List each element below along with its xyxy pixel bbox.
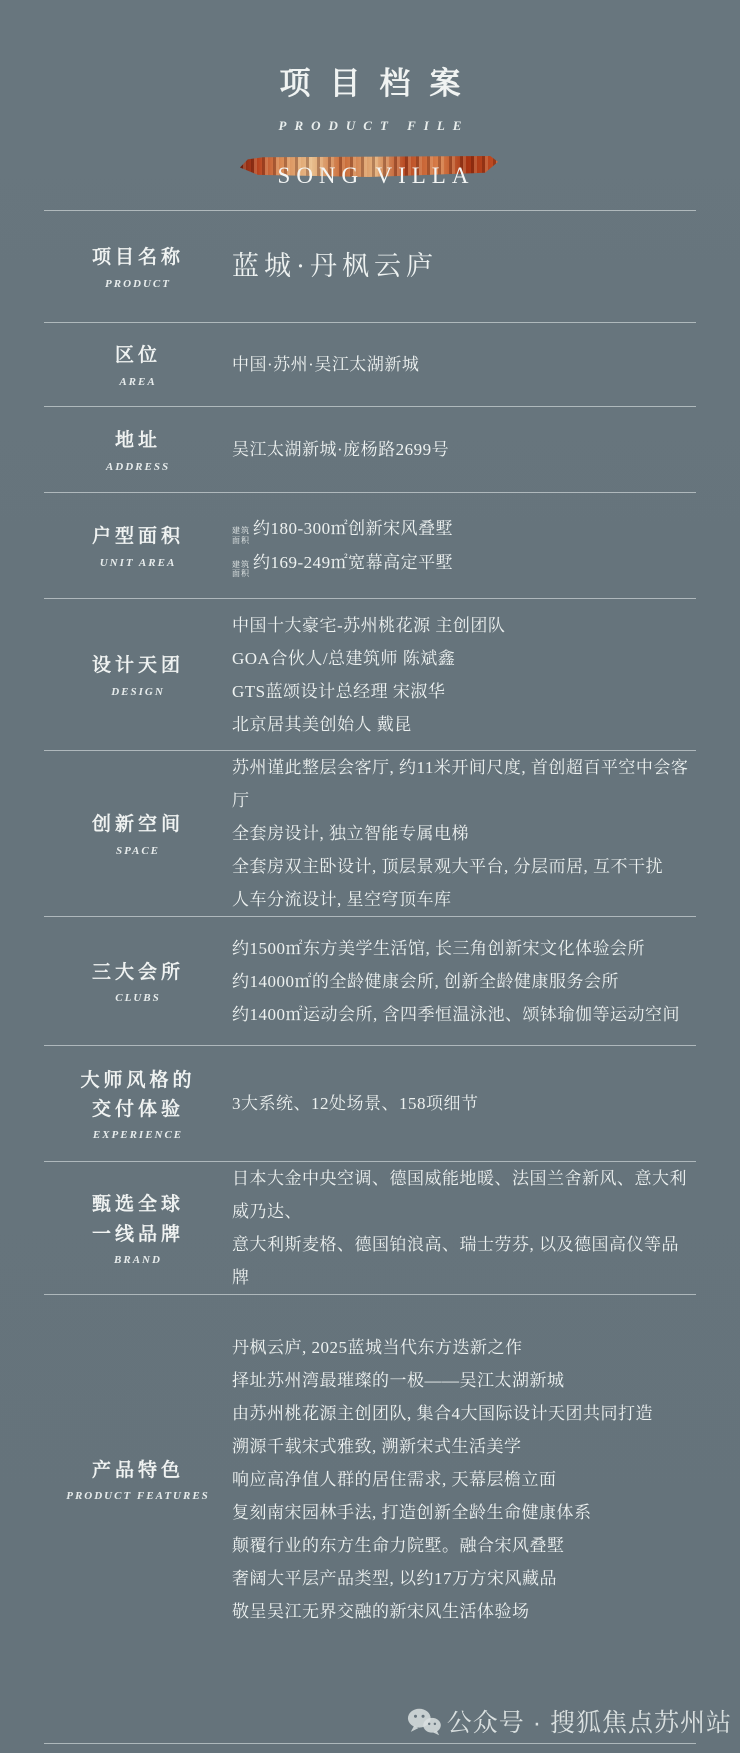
content-line: 日本大金中央空调、德国威能地暖、法国兰舍新风、意大利威乃达、 [232, 1162, 696, 1228]
content-line: 颠覆行业的东方生命力院墅。融合宋风叠墅 [232, 1529, 696, 1562]
section-content: 苏州谨此整层会客厅, 约11米开间尺度, 首创超百平空中会客厅全套房设计, 独立… [232, 751, 696, 916]
content-line: 复刻南宋园林手法, 打造创新全龄生命健康体系 [232, 1496, 696, 1529]
content-line: 奢阔大平层产品类型, 以约17万方宋风藏品 [232, 1562, 696, 1595]
section-content: 吴江太湖新城·庞杨路2699号 [232, 433, 696, 466]
content-line: 溯源千载宋式雅致, 溯新宋式生活美学 [232, 1430, 696, 1463]
section-row: 户型面积 UNIT AREA 建筑面积约180-300㎡创新宋风叠墅建筑面积约1… [44, 492, 696, 598]
section-label-en: DESIGN [44, 686, 232, 698]
section-content: 约1500㎡东方美学生活馆, 长三角创新宋文化体验会所约14000㎡的全龄健康会… [232, 932, 696, 1031]
section-content: 丹枫云庐, 2025蓝城当代东方迭新之作择址苏州湾最璀璨的一极——吴江太湖新城由… [232, 1331, 696, 1628]
wechat-icon [407, 1707, 441, 1736]
content-line: 意大利斯麦格、德国铂浪高、瑞士劳芬, 以及德国高仪等品牌 [232, 1228, 696, 1294]
brand-name: SONG VILLA [210, 163, 536, 189]
section-label-cell: 项目名称 PRODUCT [44, 243, 232, 289]
content-line: 约1500㎡东方美学生活馆, 长三角创新宋文化体验会所 [232, 932, 696, 965]
content-line: 全套房双主卧设计, 顶层景观大平台, 分层而居, 互不干扰 [232, 850, 696, 883]
section-label: 地址 [44, 426, 232, 455]
section-label: 户型面积 [44, 522, 232, 551]
content-line: 建筑面积约180-300㎡创新宋风叠墅 [232, 512, 696, 545]
content-line: GTS蓝颂设计总经理 宋淑华 [232, 675, 696, 708]
watermark-text: 公众号 · 搜狐焦点苏州站 [447, 1703, 732, 1739]
section-row: 创新空间 SPACE 苏州谨此整层会客厅, 约11米开间尺度, 首创超百平空中会… [44, 750, 696, 916]
section-row: 设计天团 DESIGN 中国十大豪宅-苏州桃花源 主创团队GOA合伙人/总建筑师… [44, 598, 696, 750]
section-label-en: ADDRESS [44, 461, 232, 473]
section-label-en: PRODUCT [44, 278, 232, 290]
content-line: 丹枫云庐, 2025蓝城当代东方迭新之作 [232, 1331, 696, 1364]
section-label-cell: 大师风格的 交付体验 EXPERIENCE [44, 1066, 232, 1142]
content-line: 蓝城·丹枫云庐 [232, 249, 696, 284]
section-label-en: CLUBS [44, 992, 232, 1004]
section-content: 中国·苏州·吴江太湖新城 [232, 348, 696, 381]
section-row: 三大会所 CLUBS 约1500㎡东方美学生活馆, 长三角创新宋文化体验会所约1… [44, 916, 696, 1045]
section-content: 建筑面积约180-300㎡创新宋风叠墅建筑面积约169-249㎡宽幕高定平墅 [232, 512, 696, 578]
section-label-en: PRODUCT FEATURES [44, 1490, 232, 1502]
section-label-cell: 区位 AREA [44, 341, 232, 387]
section-content: 日本大金中央空调、德国威能地暖、法国兰舍新风、意大利威乃达、意大利斯麦格、德国铂… [232, 1162, 696, 1294]
content-line: 苏州谨此整层会客厅, 约11米开间尺度, 首创超百平空中会客厅 [232, 751, 696, 817]
section-label-cell: 甄选全球 一线品牌 BRAND [44, 1190, 232, 1266]
content-line: 响应高净值人群的居住需求, 天幕层檐立面 [232, 1463, 696, 1496]
section-label-en: UNIT AREA [44, 557, 232, 569]
product-file-poster: 项目档案 PRODUCT FILE SONG VILLA 项目名称 PRODUC… [0, 0, 740, 1753]
content-line: 建筑面积约169-249㎡宽幕高定平墅 [232, 546, 696, 579]
section-label-cell: 地址 ADDRESS [44, 426, 232, 472]
sections: 项目名称 PRODUCT 蓝城·丹枫云庐 区位 AREA 中国·苏州·吴江太湖新… [44, 210, 696, 1744]
section-label-cell: 设计天团 DESIGN [44, 651, 232, 697]
section-row: 地址 ADDRESS 吴江太湖新城·庞杨路2699号 [44, 406, 696, 492]
content-line: GOA合伙人/总建筑师 陈斌鑫 [232, 642, 696, 675]
section-label-cell: 三大会所 CLUBS [44, 958, 232, 1004]
content-line: 由苏州桃花源主创团队, 集合4大国际设计天团共同打造 [232, 1397, 696, 1430]
content-line: 中国十大豪宅-苏州桃花源 主创团队 [232, 609, 696, 642]
section-row: 产品特色 PRODUCT FEATURES 丹枫云庐, 2025蓝城当代东方迭新… [44, 1294, 696, 1743]
content-line: 全套房设计, 独立智能专属电梯 [232, 817, 696, 850]
section-label: 甄选全球 一线品牌 [44, 1190, 232, 1249]
content-line: 3大系统、12处场景、158项细节 [232, 1087, 696, 1120]
page-subtitle: PRODUCT FILE [0, 118, 740, 134]
content-line: 北京居其美创始人 戴昆 [232, 708, 696, 741]
section-label-en: AREA [44, 376, 232, 388]
section-label: 区位 [44, 341, 232, 370]
section-content: 3大系统、12处场景、158项细节 [232, 1087, 696, 1120]
content-line: 约1400㎡运动会所, 含四季恒温泳池、颂钵瑜伽等运动空间 [232, 998, 696, 1031]
section-label-cell: 户型面积 UNIT AREA [44, 522, 232, 568]
content-line: 吴江太湖新城·庞杨路2699号 [232, 433, 696, 466]
section-label-en: BRAND [44, 1254, 232, 1266]
section-label-en: EXPERIENCE [44, 1129, 232, 1141]
section-content: 蓝城·丹枫云庐 [232, 249, 696, 284]
watermark: 公众号 · 搜狐焦点苏州站 [407, 1703, 732, 1739]
building-area-scope-label: 建筑面积 [232, 526, 250, 545]
content-line: 敬呈吴江无界交融的新宋风生活体验场 [232, 1595, 696, 1628]
section-label: 创新空间 [44, 810, 232, 839]
building-area-scope-label: 建筑面积 [232, 560, 250, 579]
content-line: 中国·苏州·吴江太湖新城 [232, 348, 696, 381]
content-line: 人车分流设计, 星空穹顶车库 [232, 883, 696, 916]
content-line: 约14000㎡的全龄健康会所, 创新全龄健康服务会所 [232, 965, 696, 998]
page-title: 项目档案 [0, 58, 740, 103]
section-row: 区位 AREA 中国·苏州·吴江太湖新城 [44, 322, 696, 406]
header: 项目档案 PRODUCT FILE SONG VILLA [0, 0, 740, 210]
section-row: 项目名称 PRODUCT 蓝城·丹枫云庐 [44, 210, 696, 322]
section-label: 大师风格的 交付体验 [44, 1066, 232, 1125]
section-label: 项目名称 [44, 243, 232, 272]
brand-block: SONG VILLA [210, 154, 530, 210]
section-row: 甄选全球 一线品牌 BRAND 日本大金中央空调、德国威能地暖、法国兰舍新风、意… [44, 1161, 696, 1294]
section-label-cell: 创新空间 SPACE [44, 810, 232, 856]
content-line: 择址苏州湾最璀璨的一极——吴江太湖新城 [232, 1364, 696, 1397]
section-label-cell: 产品特色 PRODUCT FEATURES [44, 1456, 232, 1502]
section-row: 大师风格的 交付体验 EXPERIENCE 3大系统、12处场景、158项细节 [44, 1045, 696, 1161]
section-label-en: SPACE [44, 845, 232, 857]
section-label: 产品特色 [44, 1456, 232, 1485]
section-label: 设计天团 [44, 651, 232, 680]
section-content: 中国十大豪宅-苏州桃花源 主创团队GOA合伙人/总建筑师 陈斌鑫GTS蓝颂设计总… [232, 609, 696, 741]
section-label: 三大会所 [44, 958, 232, 987]
